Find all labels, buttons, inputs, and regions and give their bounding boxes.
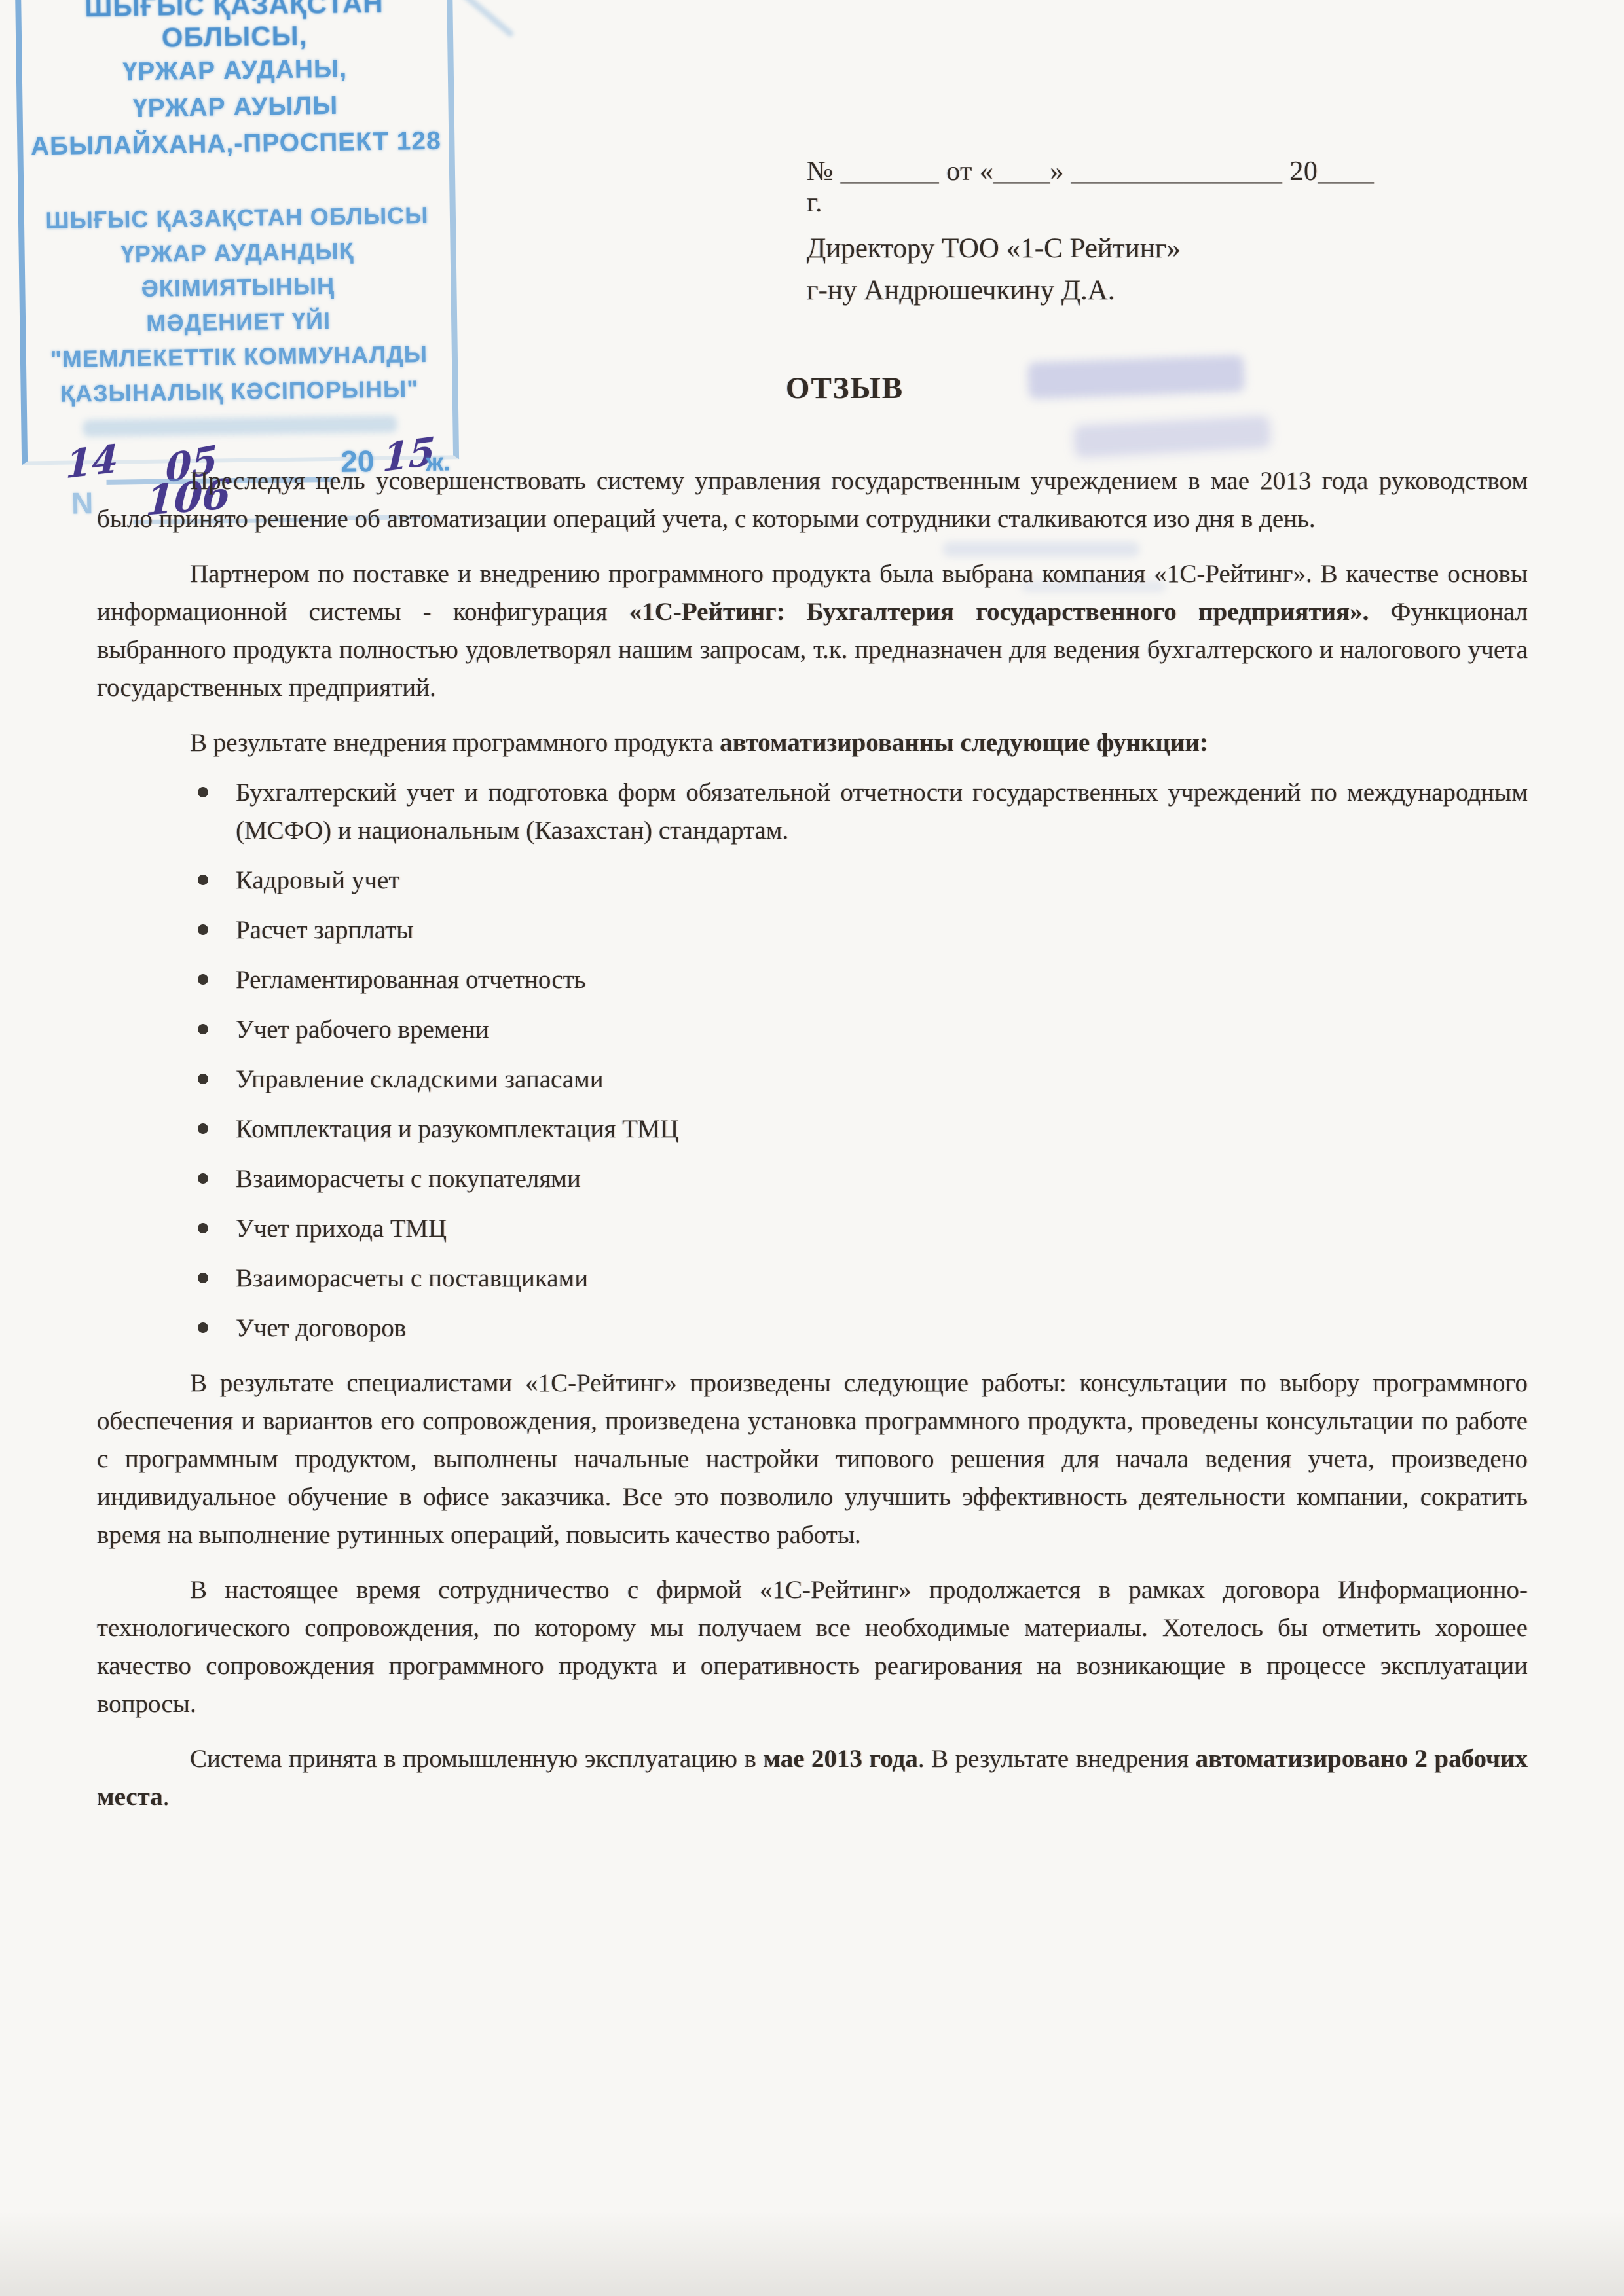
- stamp-ink-smear: [456, 0, 515, 38]
- stamp-org-line: "МЕМЛЕКЕТТІК КОММУНАЛДЫ: [26, 336, 452, 376]
- paragraph-7-text: Система принята в промышленную эксплуата…: [190, 1745, 763, 1773]
- bullet-item: Комплектация и разукомплектация ТМЦ: [236, 1110, 1528, 1148]
- paragraph-1: Преследуя цель усовершенствовать систему…: [97, 462, 1528, 538]
- functions-bullet-list: Бухгалтерский учет и подготовка форм обя…: [97, 774, 1528, 1347]
- paragraph-2-bold: «1С-Рейтинг: Бухгалтерия государственног…: [629, 598, 1369, 626]
- document-title: ОТЗЫВ: [681, 371, 1008, 406]
- bullet-item: Учет договоров: [236, 1309, 1528, 1347]
- paragraph-7: Система принята в промышленную эксплуата…: [97, 1740, 1528, 1816]
- bullet-item: Учет рабочего времени: [236, 1011, 1528, 1049]
- faint-stamp-mark: [1073, 415, 1271, 458]
- paragraph-6: В настоящее время сотрудничество с фирмо…: [97, 1571, 1528, 1723]
- stamp-org-line: МӘДЕНИЕТ ҮЙІ: [26, 301, 452, 342]
- stamp-number-label: N: [71, 485, 94, 520]
- stamp-org-line: ҮРЖАР АУДАНДЫҚ ӘКІМИЯТЫНЫҢ: [24, 232, 451, 307]
- bullet-item: Управление складскими запасами: [236, 1061, 1528, 1099]
- stamp-top-line-clipped: ШЫҒЫС ҚАЗАҚСТАН ОБЛЫСЫ,: [21, 0, 447, 56]
- bullet-item: Бухгалтерский учет и подготовка форм обя…: [236, 774, 1528, 850]
- stamp-address-line: ҮРЖАР АУДАНЫ,: [22, 49, 448, 92]
- addressee-line-1: Директору ТОО «1-С Рейтинг»: [807, 228, 1396, 270]
- bullet-item: Регламентированная отчетность: [236, 961, 1528, 999]
- addressee-line-2: г-ну Андрюшечкину Д.А.: [807, 270, 1396, 312]
- bullet-item: Кадровый учет: [236, 862, 1528, 900]
- doc-number-line: № _______ от «____» _______________ 20__…: [807, 156, 1383, 219]
- bullet-item: Взаиморасчеты с поставщиками: [236, 1260, 1528, 1298]
- bullet-item: Расчет зарплаты: [236, 911, 1528, 949]
- stamp-org-line: ШЫҒЫС ҚАЗАҚСТАН ОБЛЫСЫ: [24, 197, 451, 238]
- paragraph-3-text: В результате внедрения программного прод…: [190, 729, 720, 757]
- paragraph-6-text: В настоящее время сотрудничество с фирмо…: [97, 1576, 1528, 1718]
- bullet-item: Учет прихода ТМЦ: [236, 1210, 1528, 1248]
- addressee-block: Директору ТОО «1-С Рейтинг» г-ну Андрюше…: [807, 228, 1396, 312]
- paragraph-1-text: Преследуя цель усовершенствовать систему…: [97, 467, 1528, 533]
- paragraph-3: В результате внедрения программного прод…: [97, 724, 1528, 762]
- stamp-address-line: АБЫЛАЙХАНА,-ПРОСПЕКТ 128: [23, 122, 449, 165]
- faint-stamp-mark: [1027, 355, 1245, 399]
- stamp-address-line: ҮРЖАР АУЫЛЫ: [22, 86, 449, 128]
- paragraph-7-bold-1: мае 2013 года: [763, 1745, 917, 1773]
- paragraph-2: Партнером по поставке и внедрению програ…: [97, 555, 1528, 707]
- scanned-letter-page: ШЫҒЫС ҚАЗАҚСТАН ОБЛЫСЫ, ҮРЖАР АУДАНЫ, ҮР…: [0, 0, 1624, 2296]
- paragraph-3-bold: автоматизированны следующие функции:: [720, 729, 1208, 757]
- stamp-spacer: [24, 159, 450, 203]
- paragraph-7-text-2: . В результате внедрения: [918, 1745, 1196, 1773]
- paragraph-7-text-3: .: [163, 1783, 170, 1811]
- stamp-org-line: ҚАЗЫНАЛЫҚ КӘСІПОРЫНЫ": [26, 371, 452, 411]
- letter-body: Преследуя цель усовершенствовать систему…: [97, 462, 1528, 1833]
- office-stamp: ШЫҒЫС ҚАЗАҚСТАН ОБЛЫСЫ, ҮРЖАР АУДАНЫ, ҮР…: [15, 0, 459, 465]
- paragraph-5-text: В результате специалистами «1С-Рейтинг» …: [97, 1369, 1528, 1549]
- paragraph-5: В результате специалистами «1С-Рейтинг» …: [97, 1364, 1528, 1554]
- bullet-item: Взаиморасчеты с покупателями: [236, 1160, 1528, 1198]
